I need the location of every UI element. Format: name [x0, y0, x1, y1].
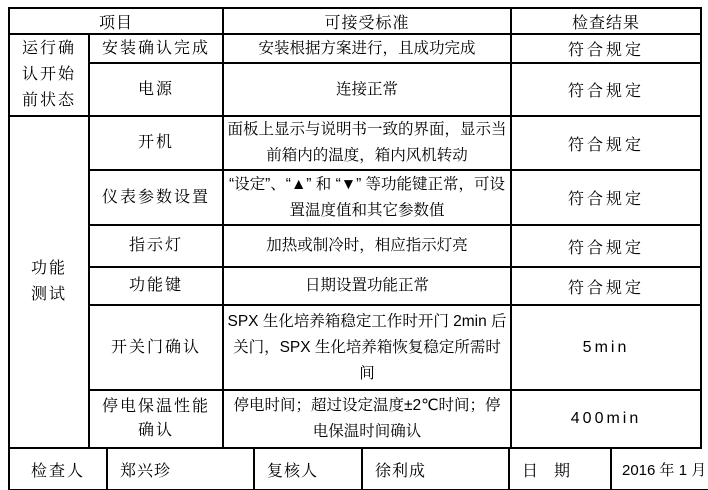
header-standard: 可接受标准: [223, 8, 511, 34]
standard-power-on: 面板上显示与说明书一致的界面，显示当前箱内的温度，箱内风机转动: [223, 116, 511, 170]
result-indicator-light: 符合规定: [511, 225, 701, 267]
group-label-function-test: 功能 测试: [9, 116, 89, 448]
standard-install-confirm: 安装根据方案进行，且成功完成: [223, 34, 511, 63]
date-label: 日 期: [509, 449, 611, 490]
standard-power: 连接正常: [223, 63, 511, 116]
table-row: 运行确 认开始 前状态 安装确认完成 安装根据方案进行，且成功完成 符合规定: [9, 34, 701, 63]
table-row: 功能 测试 开机 面板上显示与说明书一致的界面，显示当前箱内的温度，箱内风机转动…: [9, 116, 701, 170]
result-meter-params: 符合规定: [511, 170, 701, 225]
date-value: 2016 年 1 月 3 日: [611, 449, 708, 490]
standard-door-confirm: SPX 生化培养箱稳定工作时开门 2min 后关门，SPX 生化培养箱恢复稳定所…: [223, 305, 511, 390]
reviewer-name: 徐利成: [362, 449, 509, 490]
standard-indicator-light: 加热或制冷时，相应指示灯亮: [223, 225, 511, 267]
inspector-name: 郑兴珍: [107, 449, 254, 490]
inspection-form-page: 项目 可接受标准 检查结果 运行确 认开始 前状态 安装确认完成 安装根据方案进…: [0, 0, 708, 490]
reviewer-label: 复核人: [254, 449, 362, 490]
result-install-confirm: 符合规定: [511, 34, 701, 63]
inspection-table-wrapper: 项目 可接受标准 检查结果 运行确 认开始 前状态 安装确认完成 安装根据方案进…: [8, 7, 700, 490]
item-door-confirm: 开关门确认: [89, 305, 223, 390]
table-row: 指示灯 加热或制冷时，相应指示灯亮 符合规定: [9, 225, 701, 267]
result-power: 符合规定: [511, 63, 701, 116]
result-power-off-insulation: 400min: [511, 390, 701, 448]
table-row: 电源 连接正常 符合规定: [9, 63, 701, 116]
group-label-pre-run-status: 运行确 认开始 前状态: [9, 34, 89, 116]
item-install-confirm: 安装确认完成: [89, 34, 223, 63]
standard-power-off-insulation: 停电时间；超过设定温度±2℃时间；停电保温时间确认: [223, 390, 511, 448]
item-indicator-light: 指示灯: [89, 225, 223, 267]
result-function-keys: 符合规定: [511, 267, 701, 305]
standard-meter-params: “设定”、“▲” 和 “▼” 等功能键正常，可设置温度值和其它参数值: [223, 170, 511, 225]
signoff-row: 检查人 郑兴珍 复核人 徐利成 日 期 2016 年 1 月 3 日: [8, 449, 708, 490]
item-power: 电源: [89, 63, 223, 116]
table-row: 仪表参数设置 “设定”、“▲” 和 “▼” 等功能键正常，可设置温度值和其它参数…: [9, 170, 701, 225]
result-door-confirm: 5min: [511, 305, 701, 390]
inspection-table: 项目 可接受标准 检查结果 运行确 认开始 前状态 安装确认完成 安装根据方案进…: [8, 7, 702, 449]
inspector-label: 检查人: [9, 449, 107, 490]
standard-function-keys: 日期设置功能正常: [223, 267, 511, 305]
item-power-on: 开机: [89, 116, 223, 170]
table-row: 停电保温性能确认 停电时间；超过设定温度±2℃时间；停电保温时间确认 400mi…: [9, 390, 701, 448]
item-meter-params: 仪表参数设置: [89, 170, 223, 225]
result-power-on: 符合规定: [511, 116, 701, 170]
header-row: 项目 可接受标准 检查结果: [9, 8, 701, 34]
table-row: 开关门确认 SPX 生化培养箱稳定工作时开门 2min 后关门，SPX 生化培养…: [9, 305, 701, 390]
item-power-off-insulation: 停电保温性能确认: [89, 390, 223, 448]
header-item: 项目: [9, 8, 223, 34]
item-function-keys: 功能键: [89, 267, 223, 305]
header-result: 检查结果: [511, 8, 701, 34]
table-row: 功能键 日期设置功能正常 符合规定: [9, 267, 701, 305]
table-row: 检查人 郑兴珍 复核人 徐利成 日 期 2016 年 1 月 3 日: [9, 449, 708, 490]
